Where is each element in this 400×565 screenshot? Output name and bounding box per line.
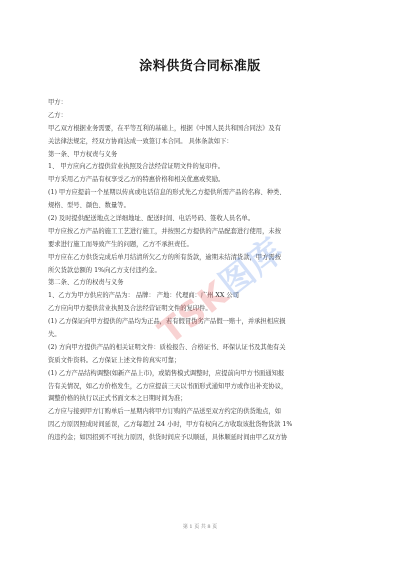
clause-line: 要求进行施工而导致产生的问题，乙方不承担责任。 [48, 239, 358, 252]
clause-line: 规格、型号、颜色、数量等。 [48, 200, 358, 213]
clause-line: 失。 [48, 329, 358, 342]
clause-line: 甲方应按乙方产品的施工工艺进行施工，并按照乙方提供的产品配套进行使用，未按 [48, 226, 358, 239]
section-heading: 第一条、甲方权责与义务 [48, 149, 358, 162]
document-body: 甲方： 乙方： 甲乙双方根据业务需要，在平等互利的基础上，根据《中国人民共和国合… [48, 97, 358, 445]
clause-line: 的违约金；如因招到不可抗力原因，供货时间应予以顺延，具体顺延时间由甲乙双方协 [48, 432, 358, 445]
clause-line: 乙方应与接到甲方订购单后一星期内将甲方订购的产品送至双方约定的供货地点，如 [48, 406, 358, 419]
clause-line: 因乙方原因照成时间延误，乙方每超过 24 小时，甲方有权向乙方收取该批货物货款 … [48, 419, 358, 432]
preamble-line: 甲乙双方根据业务需要，在平等互利的基础上，根据《中国人民共和国合同法》及有 [48, 123, 358, 136]
clause-line: (1) 乙方产品结构调整(如新产品上市)，或销售模式调整时，应提前向甲方书面通知… [48, 368, 358, 381]
clause-line: (2) 及时提供配送地点之详细地址、配送时间、电话号码、签收人员名单。 [48, 213, 358, 226]
document-title: 涂料供货合同标准版 [0, 55, 400, 74]
page-number: 第 1 页 共 8 页 [0, 523, 400, 530]
clause-line: 甲方应在乙方供货完成后单月结清所欠乙方的所有货款，逾期未结清货款，甲方需按 [48, 252, 358, 265]
clause-line: 甲方采用乙方产品有权享受乙方的特惠价格和相关优惠或奖励。 [48, 174, 358, 187]
clause-line: 1、乙方为甲方供应的产品为： 品牌： 产地：代理商：广州 XX 公司 [48, 290, 358, 303]
clause-line: 资质文件资料。乙方保证上述文件的真实可靠； [48, 355, 358, 368]
clause-line: 调整价格的执行以正式书面文本之日期时间为准； [48, 393, 358, 406]
clause-line: (2) 方向甲方提供产品的相关证明文件：质检报告、合格证书、环保认证书及其他有关 [48, 342, 358, 355]
document-page: 涂料供货合同标准版 甲方： 乙方： 甲乙双方根据业务需要，在平等互利的基础上，根… [0, 0, 400, 565]
section-heading: 第二条、乙方的权责与义务 [48, 277, 358, 290]
clause-line: 乙方应向甲方提供营业执照及合法经营证明文件的复印件。 [48, 303, 358, 316]
clause-line: 1、 甲方应向乙方提供营业执照及合法经营证明文件的复印件。 [48, 161, 358, 174]
preamble-line: 关法律法规定，经双方协商达成一致签订本合同。 具体条款如下： [48, 136, 358, 149]
clause-line: 所欠货款总额的 1%向乙方支付违约金。 [48, 265, 358, 278]
party-b-line: 乙方： [48, 110, 358, 123]
clause-line: 告有关情况，如乙方价格发生，乙方应提前三天以书面形式通知甲方或作出补充协议， [48, 381, 358, 394]
clause-line: (1) 乙方保证向甲方提供的产品均为正品，若有假冒伪劣产品假一赔十，并承担相应损 [48, 316, 358, 329]
clause-line: (1) 甲方应提前一个星期以传真或电话信息的形式先乙方提供所需产品的名称、种类、 [48, 187, 358, 200]
party-a-line: 甲方： [48, 97, 358, 110]
